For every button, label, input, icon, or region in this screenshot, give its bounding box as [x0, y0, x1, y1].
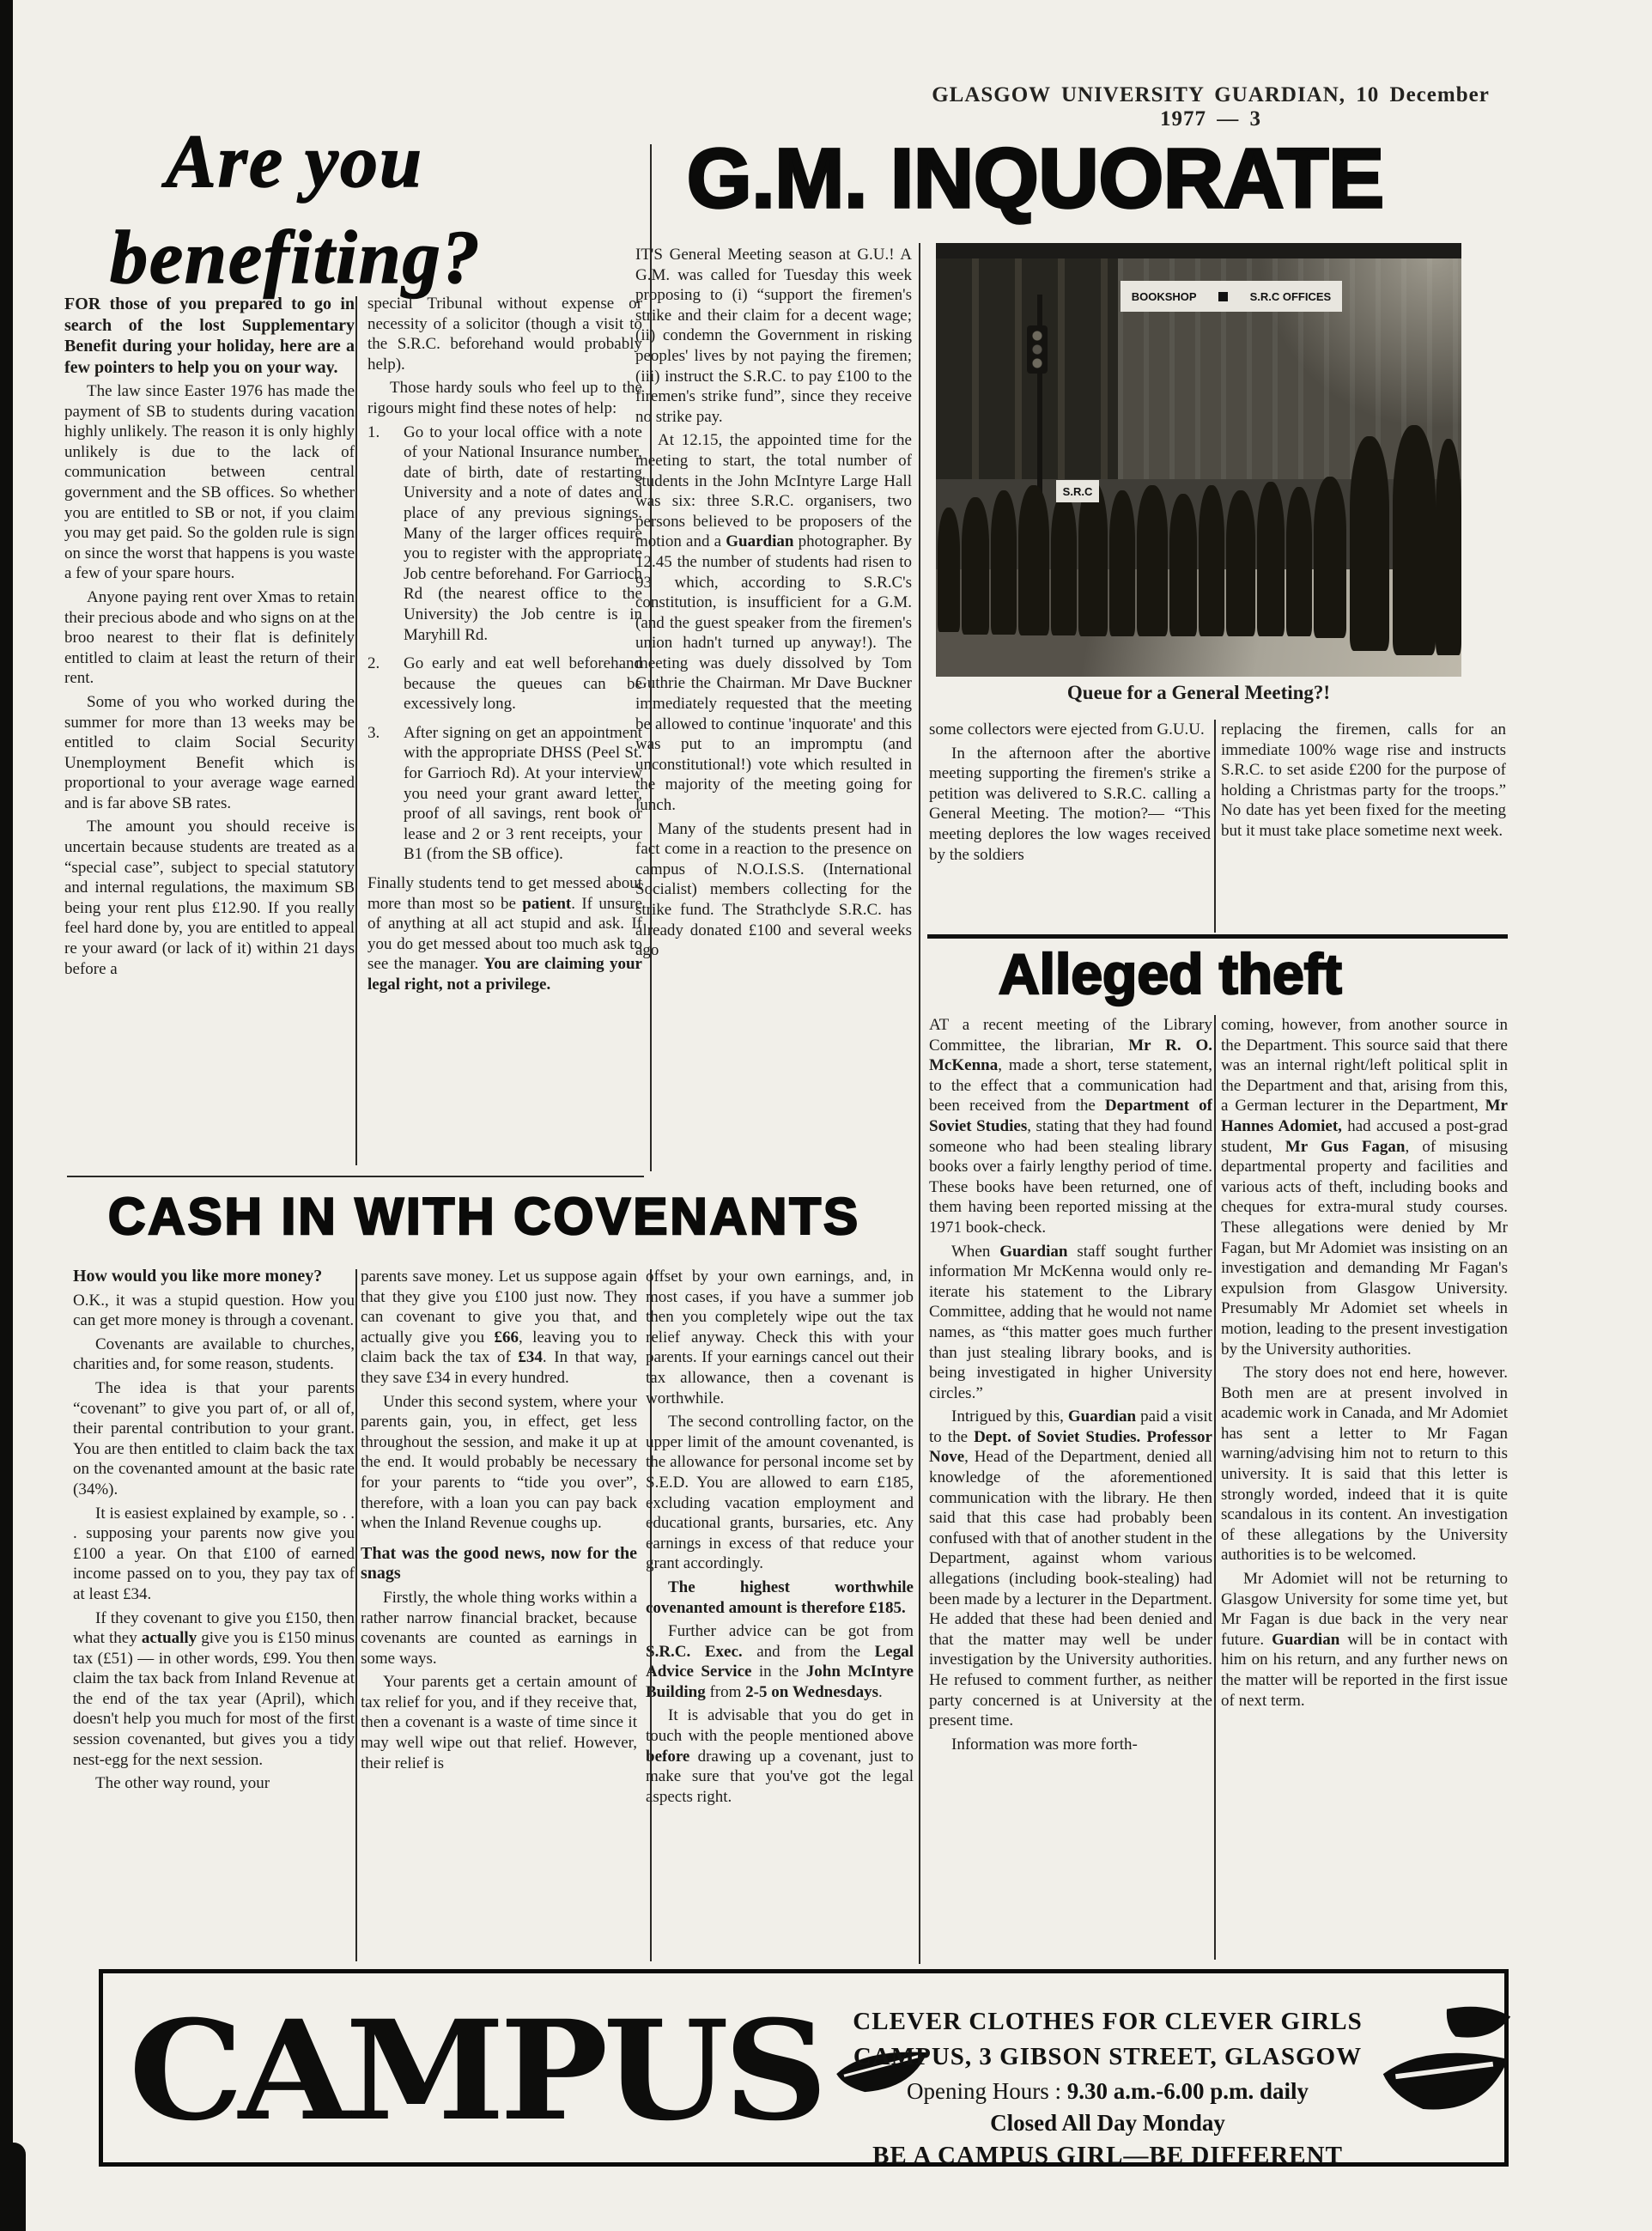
paragraph: The law since Easter 1976 has made the p… [64, 381, 355, 584]
ad-line: BE A CAMPUS GIRL—BE DIFFERENT [841, 2142, 1374, 2170]
paragraph: Information was more forth- [929, 1735, 1212, 1755]
paragraph: The story does not end here, however. Bo… [1221, 1363, 1508, 1565]
list-item: 3. After signing on get an appointment w… [367, 723, 642, 865]
ad-hours-prefix: Opening Hours : [907, 2078, 1067, 2104]
photo-caption: Queue for a General Meeting?! [936, 682, 1461, 704]
benefiting-column-2: special Tribunal without expense or nece… [367, 294, 642, 1168]
shop-signs: BOOKSHOP S.R.C OFFICES [1121, 281, 1342, 312]
newspaper-page: GLASGOW UNIVERSITY GUARDIAN, 10 December… [0, 0, 1652, 2231]
person-silhouette [1078, 482, 1108, 636]
list-number: 2. [367, 653, 404, 714]
paragraph: IT'S General Meeting season at G.U.! A G… [635, 245, 912, 427]
paragraph: If they covenant to give you £150, then … [73, 1608, 355, 1771]
paragraph: At 12.15, the appointed time for the mee… [635, 430, 912, 815]
campus-ad-copy: CLEVER CLOTHES FOR CLEVER GIRLS CAMPUS, … [841, 2008, 1374, 2177]
scan-edge [0, 0, 13, 2231]
list-item: 2. Go early and eat well beforehand beca… [367, 653, 642, 714]
paragraph: Under this second system, where your par… [361, 1392, 637, 1534]
column-rule [355, 296, 357, 1165]
benefiting-column-1: FOR those of you prepared to go in searc… [64, 294, 355, 1168]
column-rule [650, 1269, 652, 1961]
person-silhouette [962, 497, 989, 635]
ad-line: CLEVER CLOTHES FOR CLEVER GIRLS [841, 2008, 1374, 2036]
person-silhouette [1226, 490, 1255, 636]
headline-alleged-theft: Alleged theft [999, 941, 1342, 1006]
person-silhouette [1109, 490, 1135, 636]
bookshop-sign-label: BOOKSHOP [1132, 290, 1197, 303]
paragraph: Mr Adomiet will not be returning to Glas… [1221, 1569, 1508, 1711]
queue-photo: BOOKSHOP S.R.C OFFICES S.R.C [936, 243, 1461, 677]
theft-column-2: coming, however, from another source in … [1221, 1015, 1508, 1962]
paragraph: parents save money. Let us suppose again… [361, 1267, 637, 1389]
src-offices-sign-label: S.R.C OFFICES [1250, 290, 1332, 303]
sub-heading: How would you like more money? [73, 1267, 355, 1287]
paragraph: Many of the students present had in fact… [635, 819, 912, 961]
paragraph: O.K., it was a stupid question. How you … [73, 1291, 355, 1331]
paragraph: The second controlling factor, on the up… [646, 1412, 914, 1574]
gm-column-3: replacing the firemen, calls for an imme… [1221, 720, 1506, 934]
column-rule [1214, 1015, 1216, 1960]
section-rule [927, 934, 1508, 939]
section-rule [67, 1176, 644, 1177]
paragraph: Some of you who worked during the summer… [64, 692, 355, 814]
headline-are-you: Are you [166, 119, 423, 205]
list-text: After signing on get an appointment with… [404, 723, 642, 865]
list-item: 1. Go to your local office with a note o… [367, 422, 642, 646]
ad-line: CAMPUS, 3 GIBSON STREET, GLASGOW [841, 2043, 1374, 2071]
paragraph: The highest worthwhile covenanted amount… [646, 1578, 914, 1618]
paragraph: offset by your own earnings, and, in mos… [646, 1267, 914, 1408]
person-silhouette [1286, 487, 1312, 636]
paragraph: Your parents get a certain amount of tax… [361, 1672, 637, 1773]
paragraph: Further advice can be got from S.R.C. Ex… [646, 1621, 914, 1702]
headline-benefiting: benefiting? [110, 215, 482, 301]
column-rule [1214, 720, 1216, 933]
paragraph: AT a recent meeting of the Library Commi… [929, 1015, 1212, 1238]
person-silhouette [1350, 436, 1389, 651]
paragraph: It is advisable that you do get in touch… [646, 1705, 914, 1807]
paragraph: The idea is that your parents “covenant”… [73, 1378, 355, 1500]
leaves-icon [1378, 1999, 1515, 2141]
list-number: 3. [367, 723, 404, 865]
ad-line: Opening Hours : 9.30 a.m.-6.00 p.m. dail… [841, 2078, 1374, 2105]
paragraph: The amount you should receive is uncerta… [64, 817, 355, 979]
covenants-column-3: offset by your own earnings, and, in mos… [646, 1267, 914, 1964]
src-placard: S.R.C [1056, 480, 1099, 502]
masthead: GLASGOW UNIVERSITY GUARDIAN, 10 December… [927, 83, 1494, 131]
person-silhouette [938, 508, 960, 632]
person-silhouette [1393, 425, 1436, 655]
person-silhouette [1436, 439, 1461, 655]
gm-column-2: some collectors were ejected from G.U.U.… [929, 720, 1211, 934]
traffic-light-icon [1027, 325, 1048, 374]
ad-hours: 9.30 a.m.-6.00 p.m. daily [1067, 2078, 1309, 2104]
paragraph: special Tribunal without expense or nece… [367, 294, 642, 374]
headline-gm-inquorate: G.M. INQUORATE [687, 131, 1384, 227]
paragraph: Firstly, the whole thing works within a … [361, 1588, 637, 1669]
column-rule [650, 144, 652, 1171]
paragraph: Intrigued by this, Guardian paid a visit… [929, 1407, 1212, 1731]
paragraph: Covenants are available to churches, cha… [73, 1334, 355, 1375]
paragraph: Anyone paying rent over Xmas to retain t… [64, 587, 355, 689]
paragraph: When Guardian staff sought further infor… [929, 1242, 1212, 1404]
headline-covenants: CASH IN WITH COVENANTS [108, 1187, 860, 1246]
campus-logo: CAMPUS [129, 1993, 929, 2149]
paragraph: It is easiest explained by example, so .… [73, 1504, 355, 1605]
paragraph: some collectors were ejected from G.U.U. [929, 720, 1211, 740]
ad-line: Closed All Day Monday [841, 2110, 1374, 2137]
paragraph: Finally students tend to get messed abou… [367, 873, 642, 995]
paragraph: replacing the firemen, calls for an imme… [1221, 720, 1506, 842]
person-silhouette [1199, 485, 1224, 636]
covenants-column-1: How would you like more money? O.K., it … [73, 1267, 355, 1964]
scan-mark [0, 2143, 26, 2231]
person-silhouette [1051, 494, 1077, 635]
paragraph: coming, however, from another source in … [1221, 1015, 1508, 1359]
column-rule [355, 1269, 357, 1961]
sub-heading: That was the good news, now for the snag… [361, 1544, 637, 1584]
paragraph: Those hardy souls who feel up to the rig… [367, 378, 642, 418]
list-number: 1. [367, 422, 404, 646]
campus-advert: CAMPUS CLEVER CLOTHES FOR CLEVER GIRLS C… [99, 1969, 1509, 2167]
list-text: Go to your local office with a note of y… [404, 422, 642, 646]
person-silhouette [1137, 485, 1168, 636]
list-text: Go early and eat well beforehand because… [404, 653, 642, 714]
person-silhouette [1314, 477, 1346, 638]
campus-logo-text: CAMPUS [129, 1990, 823, 2151]
person-silhouette [991, 490, 1017, 635]
paragraph: The other way round, your [73, 1773, 355, 1794]
paragraph: FOR those of you prepared to go in searc… [64, 294, 355, 378]
photo-top-band [936, 243, 1461, 258]
gm-column-1: IT'S General Meeting season at G.U.! A G… [635, 245, 912, 1189]
person-silhouette [1018, 485, 1049, 635]
person-silhouette [1169, 494, 1197, 636]
person-silhouette [1257, 482, 1285, 636]
university-crest-icon [1218, 292, 1228, 301]
column-rule [919, 243, 920, 1964]
paragraph: In the afternoon after the abortive meet… [929, 744, 1211, 866]
theft-column-1: AT a recent meeting of the Library Commi… [929, 1015, 1212, 1962]
covenants-column-2: parents save money. Let us suppose again… [361, 1267, 637, 1964]
